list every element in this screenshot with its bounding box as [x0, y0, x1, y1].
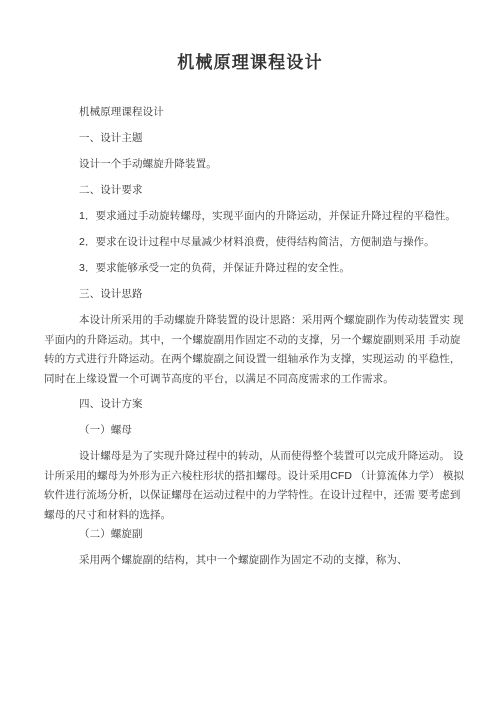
- document-page: 机械原理课程设计 机械原理课程设计 一、设计主题 设计一个手动螺旋升降装置。 二…: [0, 0, 500, 707]
- subtitle-line: 机械原理课程设计: [44, 99, 456, 125]
- paragraph-line: 设计螺母是为了实现升降过程中的转动，从而使得整个装置可以完成升降运动。 设: [44, 447, 456, 467]
- doc-title: 机械原理课程设计: [44, 50, 456, 76]
- section-heading-4: 四、设计方案: [44, 391, 456, 417]
- screw-paragraph-line: 采用两个螺旋副的结构，其中一个螺旋副作为固定不动的支撑，称为、: [44, 547, 456, 573]
- paragraph-line: 软件进行流场分析，以保证螺母在运动过程中的力学特性。在设计过程中，还需 要考虑到: [44, 486, 456, 506]
- subsection-heading-nut: （一）螺母: [44, 417, 456, 443]
- section-heading-1: 一、设计主题: [44, 125, 456, 151]
- section-heading-2: 二、设计要求: [44, 177, 456, 203]
- paragraph-line: 转的方式进行升降运动。在两个螺旋副之间设置一组轴承作为支撑，实现运动 的平稳性，: [44, 350, 456, 370]
- paragraph-line: 计所采用的螺母为外形为正六棱柱形状的搭扣螺母。设计采用CFD （计算流体力学） …: [44, 467, 456, 487]
- paragraph-line: 本设计所采用的手动螺旋升降装置的设计思路：采用两个螺旋副作为传动装置实 现: [44, 311, 456, 331]
- section-heading-3: 三、设计思路: [44, 281, 456, 307]
- design-topic-text: 设计一个手动螺旋升降装置。: [44, 151, 456, 177]
- requirement-item-3: 3．要求能够承受一定的负荷，并保证升降过程的安全性。: [44, 255, 456, 281]
- requirement-item-2: 2．要求在设计过程中尽量减少材料浪费，使得结构简洁，方便制造与操作。: [44, 229, 456, 255]
- requirement-item-1: 1．要求通过手动旋转螺母，实现平面内的升降运动，并保证升降过程的平稳性。: [44, 203, 456, 229]
- paragraph-line: 平面内的升降运动。其中，一个螺旋副用作固定不动的支撑，另一个螺旋副则采用 手动旋: [44, 331, 456, 351]
- nut-paragraph: 设计螺母是为了实现升降过程中的转动，从而使得整个装置可以完成升降运动。 设 计所…: [44, 447, 456, 525]
- design-idea-paragraph: 本设计所采用的手动螺旋升降装置的设计思路：采用两个螺旋副作为传动装置实 现 平面…: [44, 311, 456, 389]
- paragraph-line: 同时在上缘设置一个可调节高度的平台，以满足不同高度需求的工作需求。: [44, 370, 456, 390]
- subsection-heading-screw: （二）螺旋副: [44, 521, 456, 547]
- document-content: 机械原理课程设计 机械原理课程设计 一、设计主题 设计一个手动螺旋升降装置。 二…: [0, 0, 500, 573]
